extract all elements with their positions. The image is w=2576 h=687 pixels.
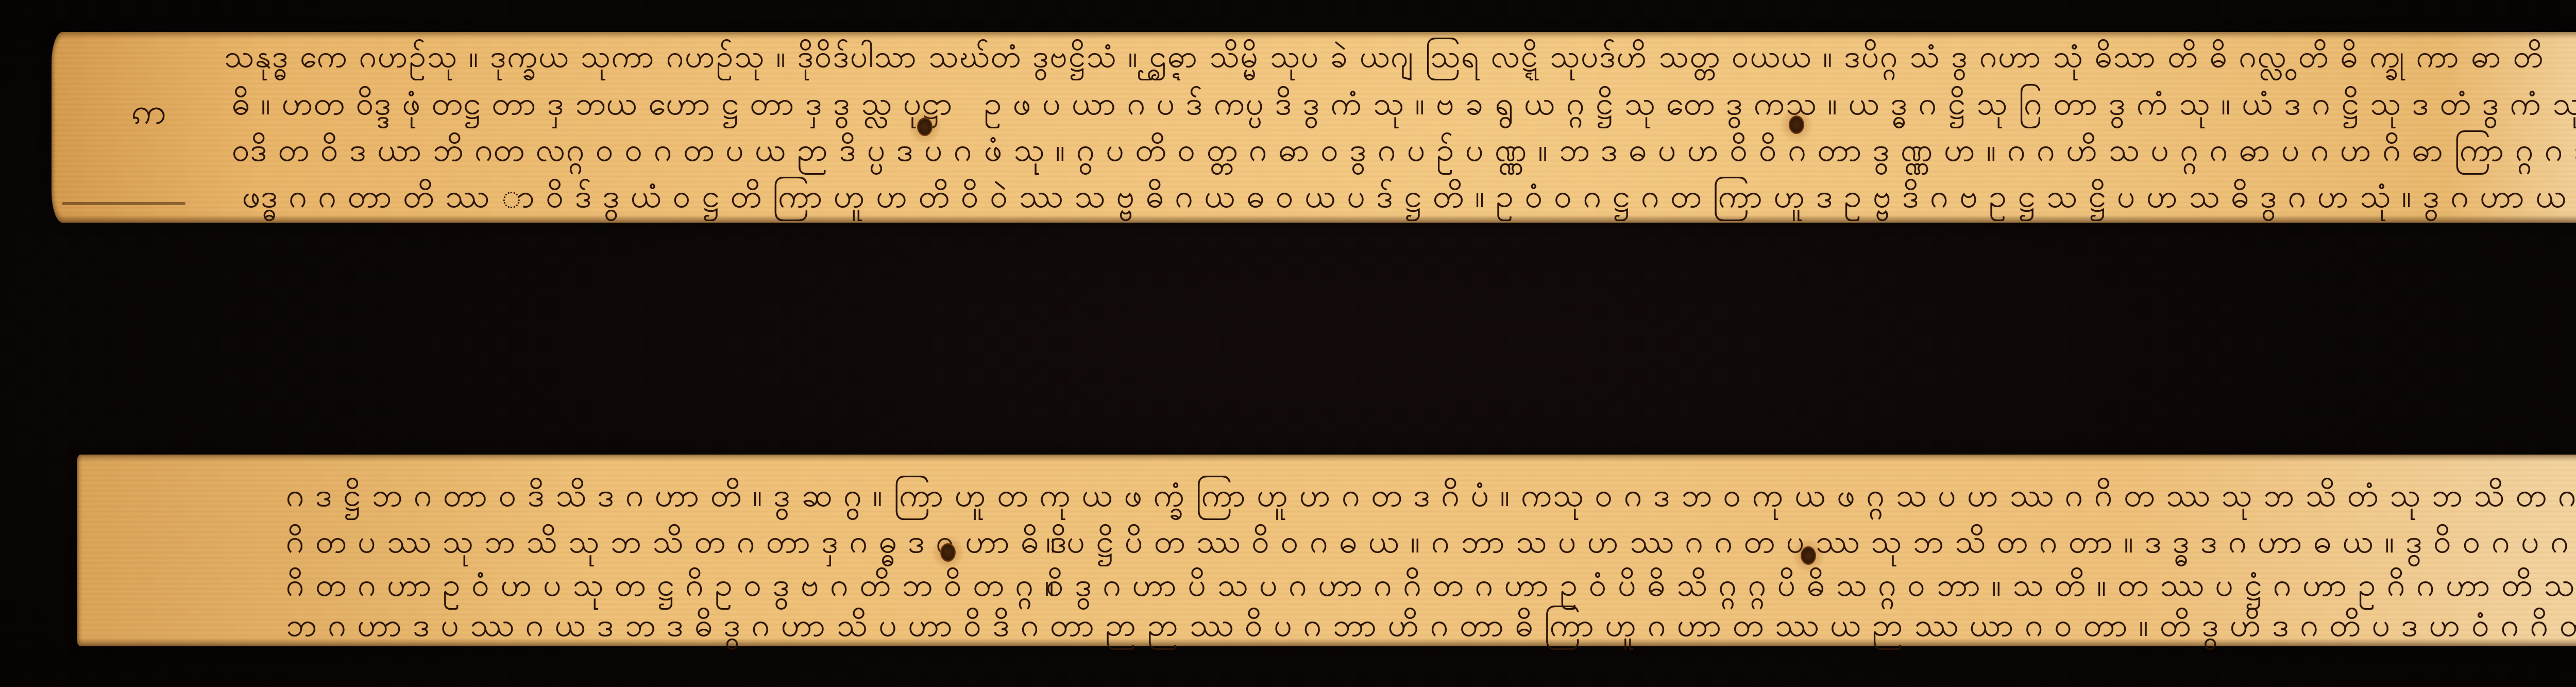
text-line-3-left: ဝဒိ တ ဝိ ဒ ယာ ဘိ ဂတ လဂ္ဂ ဝ ဝ ဂ တ ပ ယ ဉာ … <box>232 134 973 166</box>
text-line-3-left: ဂိ တ ဂ ဟာ ဥ ဝံ ဟ ပ သု တ ဋ္ဌ ဂိ ဥ ဝ ဒွ ဗ … <box>286 569 1055 601</box>
text-line-2-left: ဓိ ။ ဟတ ဝိဒ္ဒ ဖုံ တဋ္ဌ တာ ဒှ ဘယ ဟော ဋ္ဌ … <box>232 88 953 120</box>
text-line-3-right: ဝိ ဒွ ဂ ဟာ ပိ သ ပ ဂ ဟာ ဂ ဂိ တ ဂ ဟာ ဥ ဝံ … <box>1046 569 2576 601</box>
palm-leaf-folio-2: ဂ ဒ ဋ္ဌိ ဘ ဂ တာ ဝ ဒိ သိ ဒ ဂ ဟာ တိ ။ ဒွ ဆ… <box>77 455 2576 646</box>
folio-number-mark: ဢ <box>131 89 166 142</box>
text-line-1: သနုဒ္ဓ ကေ ဂဟဉ်သု ။ ဒုက္ခယ သုကာ ဂဟဉ်သု ။ … <box>224 41 2544 72</box>
palm-leaf-folio-1: ဢ သနုဒ္ဓ ကေ ဂဟဉ်သု ။ ဒုက္ခယ သုကာ ဂဟဉ်သု … <box>52 32 2576 223</box>
text-line-2-right: ဥ ဖ ပ ယာ ဂ ပ ဒ် ကပ္ပ ဒိ ဒွ ကံ သု ။ ဗ ခ ရ… <box>984 88 2576 120</box>
string-hole-right <box>1789 115 1804 134</box>
string-hole-left <box>940 543 956 562</box>
text-line-4: ဖဒ္ဓ ဂ ဂ တာ တိ ဿ ာ ဝိ ဒ် ဒွ ယံ ဝ ဋ္ဌ တိ … <box>242 180 2576 212</box>
text-line-1: ဂ ဒ ဋ္ဌိ ဘ ဂ တာ ဝ ဒိ သိ ဒ ဂ ဟာ တိ ။ ဒွ ဆ… <box>286 479 2576 511</box>
edge-stain <box>62 202 185 205</box>
text-line-3-right: ဖံ သု ။ ဂွ ပ တိ ဝ တ္တ ဂ ဓာ ဝ ဒွ ဂ ပ ဉ် ပ… <box>984 134 2576 166</box>
string-hole-left <box>917 118 933 136</box>
text-line-4: ဘ ဂ ဟာ ဒ ပ ဿ ဂ ယ ဒ ဘ ဒ ဓိ ဒွ ဂ ဟာ သိ ပ ဟ… <box>286 609 2576 641</box>
string-hole-right <box>1801 546 1816 565</box>
